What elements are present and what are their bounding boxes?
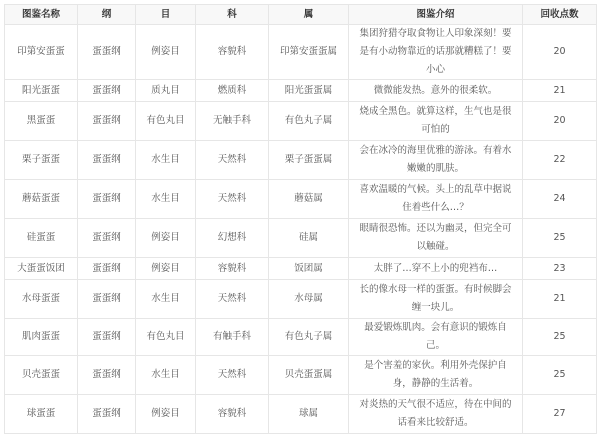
cell-name: 大蛋蛋饭团 (5, 258, 78, 280)
cell-intro: 眼睛很恐怖。还以为幽灵，但完全可以触碰。 (349, 219, 523, 258)
header-name: 图鉴名称 (5, 5, 78, 25)
cell-points: 20 (523, 102, 597, 141)
cell-points: 25 (523, 319, 597, 356)
cell-class: 蛋蛋纲 (78, 219, 136, 258)
cell-family: 天然科 (196, 280, 269, 319)
table-row: 蘑菇蛋蛋 蛋蛋纲 水生目 天然科 蘑菇属 喜欢温暖的气候。头上的乱草中据说住着些… (5, 180, 597, 219)
cell-order: 水生目 (136, 280, 196, 319)
cell-class: 蛋蛋纲 (78, 319, 136, 356)
cell-points: 24 (523, 180, 597, 219)
cell-class: 蛋蛋纲 (78, 141, 136, 180)
cell-name: 硅蛋蛋 (5, 219, 78, 258)
cell-class: 蛋蛋纲 (78, 258, 136, 280)
cell-class: 蛋蛋纲 (78, 25, 136, 80)
cell-name: 球蛋蛋 (5, 395, 78, 411)
cell-order: 例姿目 (136, 258, 196, 280)
cell-genus: 印第安蛋蛋属 (269, 25, 349, 80)
cell-genus: 蘑菇属 (269, 180, 349, 219)
cell-intro: 喜欢温暖的气候。头上的乱草中据说住着些什么…？ (349, 180, 523, 219)
table-row: 大蛋蛋饭团 蛋蛋纲 例姿目 容貌科 饭团属 太胖了…穿不上小的兜裆布… 23 (5, 258, 597, 280)
cell-class: 蛋蛋纲 (78, 180, 136, 219)
cell-points: 20 (523, 25, 597, 80)
header-intro: 图鉴介绍 (349, 5, 523, 25)
cell-family: 燃质科 (196, 80, 269, 102)
cell-family: 天然科 (196, 356, 269, 395)
cell-points: 21 (523, 80, 597, 102)
cell-genus: 阳光蛋蛋属 (269, 80, 349, 102)
cell-order: 质丸目 (136, 80, 196, 102)
table-row: 印第安蛋蛋 蛋蛋纲 例姿目 容貌科 印第安蛋蛋属 集团狩猎夺取食物让人印象深刻！… (5, 25, 597, 80)
cell-name: 阳光蛋蛋 (5, 80, 78, 102)
cell-genus: 栗子蛋蛋属 (269, 141, 349, 180)
cell-points: 22 (523, 141, 597, 180)
table-row: 贝壳蛋蛋 蛋蛋纲 水生目 天然科 贝壳蛋蛋属 是个害羞的家伙。利用外壳保护自身，… (5, 356, 597, 395)
cell-family: 天然科 (196, 141, 269, 180)
header-class: 纲 (78, 5, 136, 25)
cell-family: 容貌科 (196, 258, 269, 280)
cell-intro: 集团狩猎夺取食物让人印象深刻！要是有小动物靠近的话那就糟糕了！要小心 (349, 25, 523, 80)
cell-class: 蛋蛋纲 (78, 102, 136, 141)
header-genus: 属 (269, 5, 349, 25)
cell-family: 有触手科 (196, 319, 269, 356)
table-row: 水母蛋蛋 蛋蛋纲 水生目 天然科 水母属 长的像水母一样的蛋蛋。有时候脚会缠一块… (5, 280, 597, 319)
cell-points: 25 (523, 219, 597, 258)
cell-class: 蛋蛋纲 (78, 80, 136, 102)
cell-genus: 有色丸子属 (269, 102, 349, 141)
header-order: 目 (136, 5, 196, 25)
table-row: 肌肉蛋蛋 蛋蛋纲 有色丸目 有触手科 有色丸子属 最爱锻炼肌肉。会有意识的锻炼自… (5, 319, 597, 356)
cell-points: 25 (523, 356, 597, 395)
cell-order: 水生目 (136, 356, 196, 395)
cell-class: 蛋蛋纲 (78, 395, 136, 411)
header-points: 回收点数 (523, 5, 597, 25)
cell-family: 无触手科 (196, 102, 269, 141)
cell-intro: 最爱锻炼肌肉。会有意识的锻炼自己。 (349, 319, 523, 356)
cell-intro: 烧成全黑色。就算这样，生气也是很可怕的 (349, 102, 523, 141)
cell-points: 23 (523, 258, 597, 280)
cell-genus: 有色丸子属 (269, 319, 349, 356)
header-family: 科 (196, 5, 269, 25)
cell-class: 蛋蛋纲 (78, 280, 136, 319)
table-row: 黑蛋蛋 蛋蛋纲 有色丸目 无触手科 有色丸子属 烧成全黑色。就算这样，生气也是很… (5, 102, 597, 141)
cell-order: 例姿目 (136, 395, 196, 411)
cell-intro: 是个害羞的家伙。利用外壳保护自身，静静的生活着。 (349, 356, 523, 395)
cell-family: 容貌科 (196, 25, 269, 80)
cell-points: 21 (523, 280, 597, 319)
cell-order: 例姿目 (136, 219, 196, 258)
cell-points: 27 (523, 395, 597, 411)
table-row: 球蛋蛋 蛋蛋纲 例姿目 容貌科 球属 对炎热的天气很不适应，待在中间的话看来比较… (5, 395, 597, 411)
table-row: 阳光蛋蛋 蛋蛋纲 质丸目 燃质科 阳光蛋蛋属 微微能发热。意外的很柔软。 21 (5, 80, 597, 102)
cell-intro: 微微能发热。意外的很柔软。 (349, 80, 523, 102)
cell-name: 水母蛋蛋 (5, 280, 78, 319)
cell-name: 印第安蛋蛋 (5, 25, 78, 80)
cell-intro: 长的像水母一样的蛋蛋。有时候脚会缠一块儿。 (349, 280, 523, 319)
cell-class: 蛋蛋纲 (78, 356, 136, 395)
cell-order: 例姿目 (136, 25, 196, 80)
cell-order: 有色丸目 (136, 102, 196, 141)
table-row: 栗子蛋蛋 蛋蛋纲 水生目 天然科 栗子蛋蛋属 会在冰冷的海里优雅的游泳。有着水嫩… (5, 141, 597, 180)
table-row: 硅蛋蛋 蛋蛋纲 例姿目 幻想科 硅属 眼睛很恐怖。还以为幽灵，但完全可以触碰。 … (5, 219, 597, 258)
cell-order: 水生目 (136, 180, 196, 219)
egg-catalog-table: 图鉴名称 纲 目 科 属 图鉴介绍 回收点数 印第安蛋蛋 蛋蛋纲 例姿目 容貌科… (4, 4, 597, 410)
cell-name: 黑蛋蛋 (5, 102, 78, 141)
cell-intro: 会在冰冷的海里优雅的游泳。有着水嫩嫩的肌肤。 (349, 141, 523, 180)
cell-family: 容貌科 (196, 395, 269, 411)
cell-genus: 饭团属 (269, 258, 349, 280)
cell-family: 幻想科 (196, 219, 269, 258)
cell-name: 肌肉蛋蛋 (5, 319, 78, 356)
cell-family: 天然科 (196, 180, 269, 219)
cell-order: 水生目 (136, 141, 196, 180)
cell-name: 蘑菇蛋蛋 (5, 180, 78, 219)
header-row: 图鉴名称 纲 目 科 属 图鉴介绍 回收点数 (5, 5, 597, 25)
cell-genus: 水母属 (269, 280, 349, 319)
cell-genus: 球属 (269, 395, 349, 411)
cell-genus: 硅属 (269, 219, 349, 258)
cell-intro: 太胖了…穿不上小的兜裆布… (349, 258, 523, 280)
cell-name: 栗子蛋蛋 (5, 141, 78, 180)
cell-intro: 对炎热的天气很不适应，待在中间的话看来比较舒适。 (349, 395, 523, 411)
cell-order: 有色丸目 (136, 319, 196, 356)
cell-name: 贝壳蛋蛋 (5, 356, 78, 395)
egg-catalog-table-container: 图鉴名称 纲 目 科 属 图鉴介绍 回收点数 印第安蛋蛋 蛋蛋纲 例姿目 容貌科… (4, 4, 597, 410)
cell-genus: 贝壳蛋蛋属 (269, 356, 349, 395)
